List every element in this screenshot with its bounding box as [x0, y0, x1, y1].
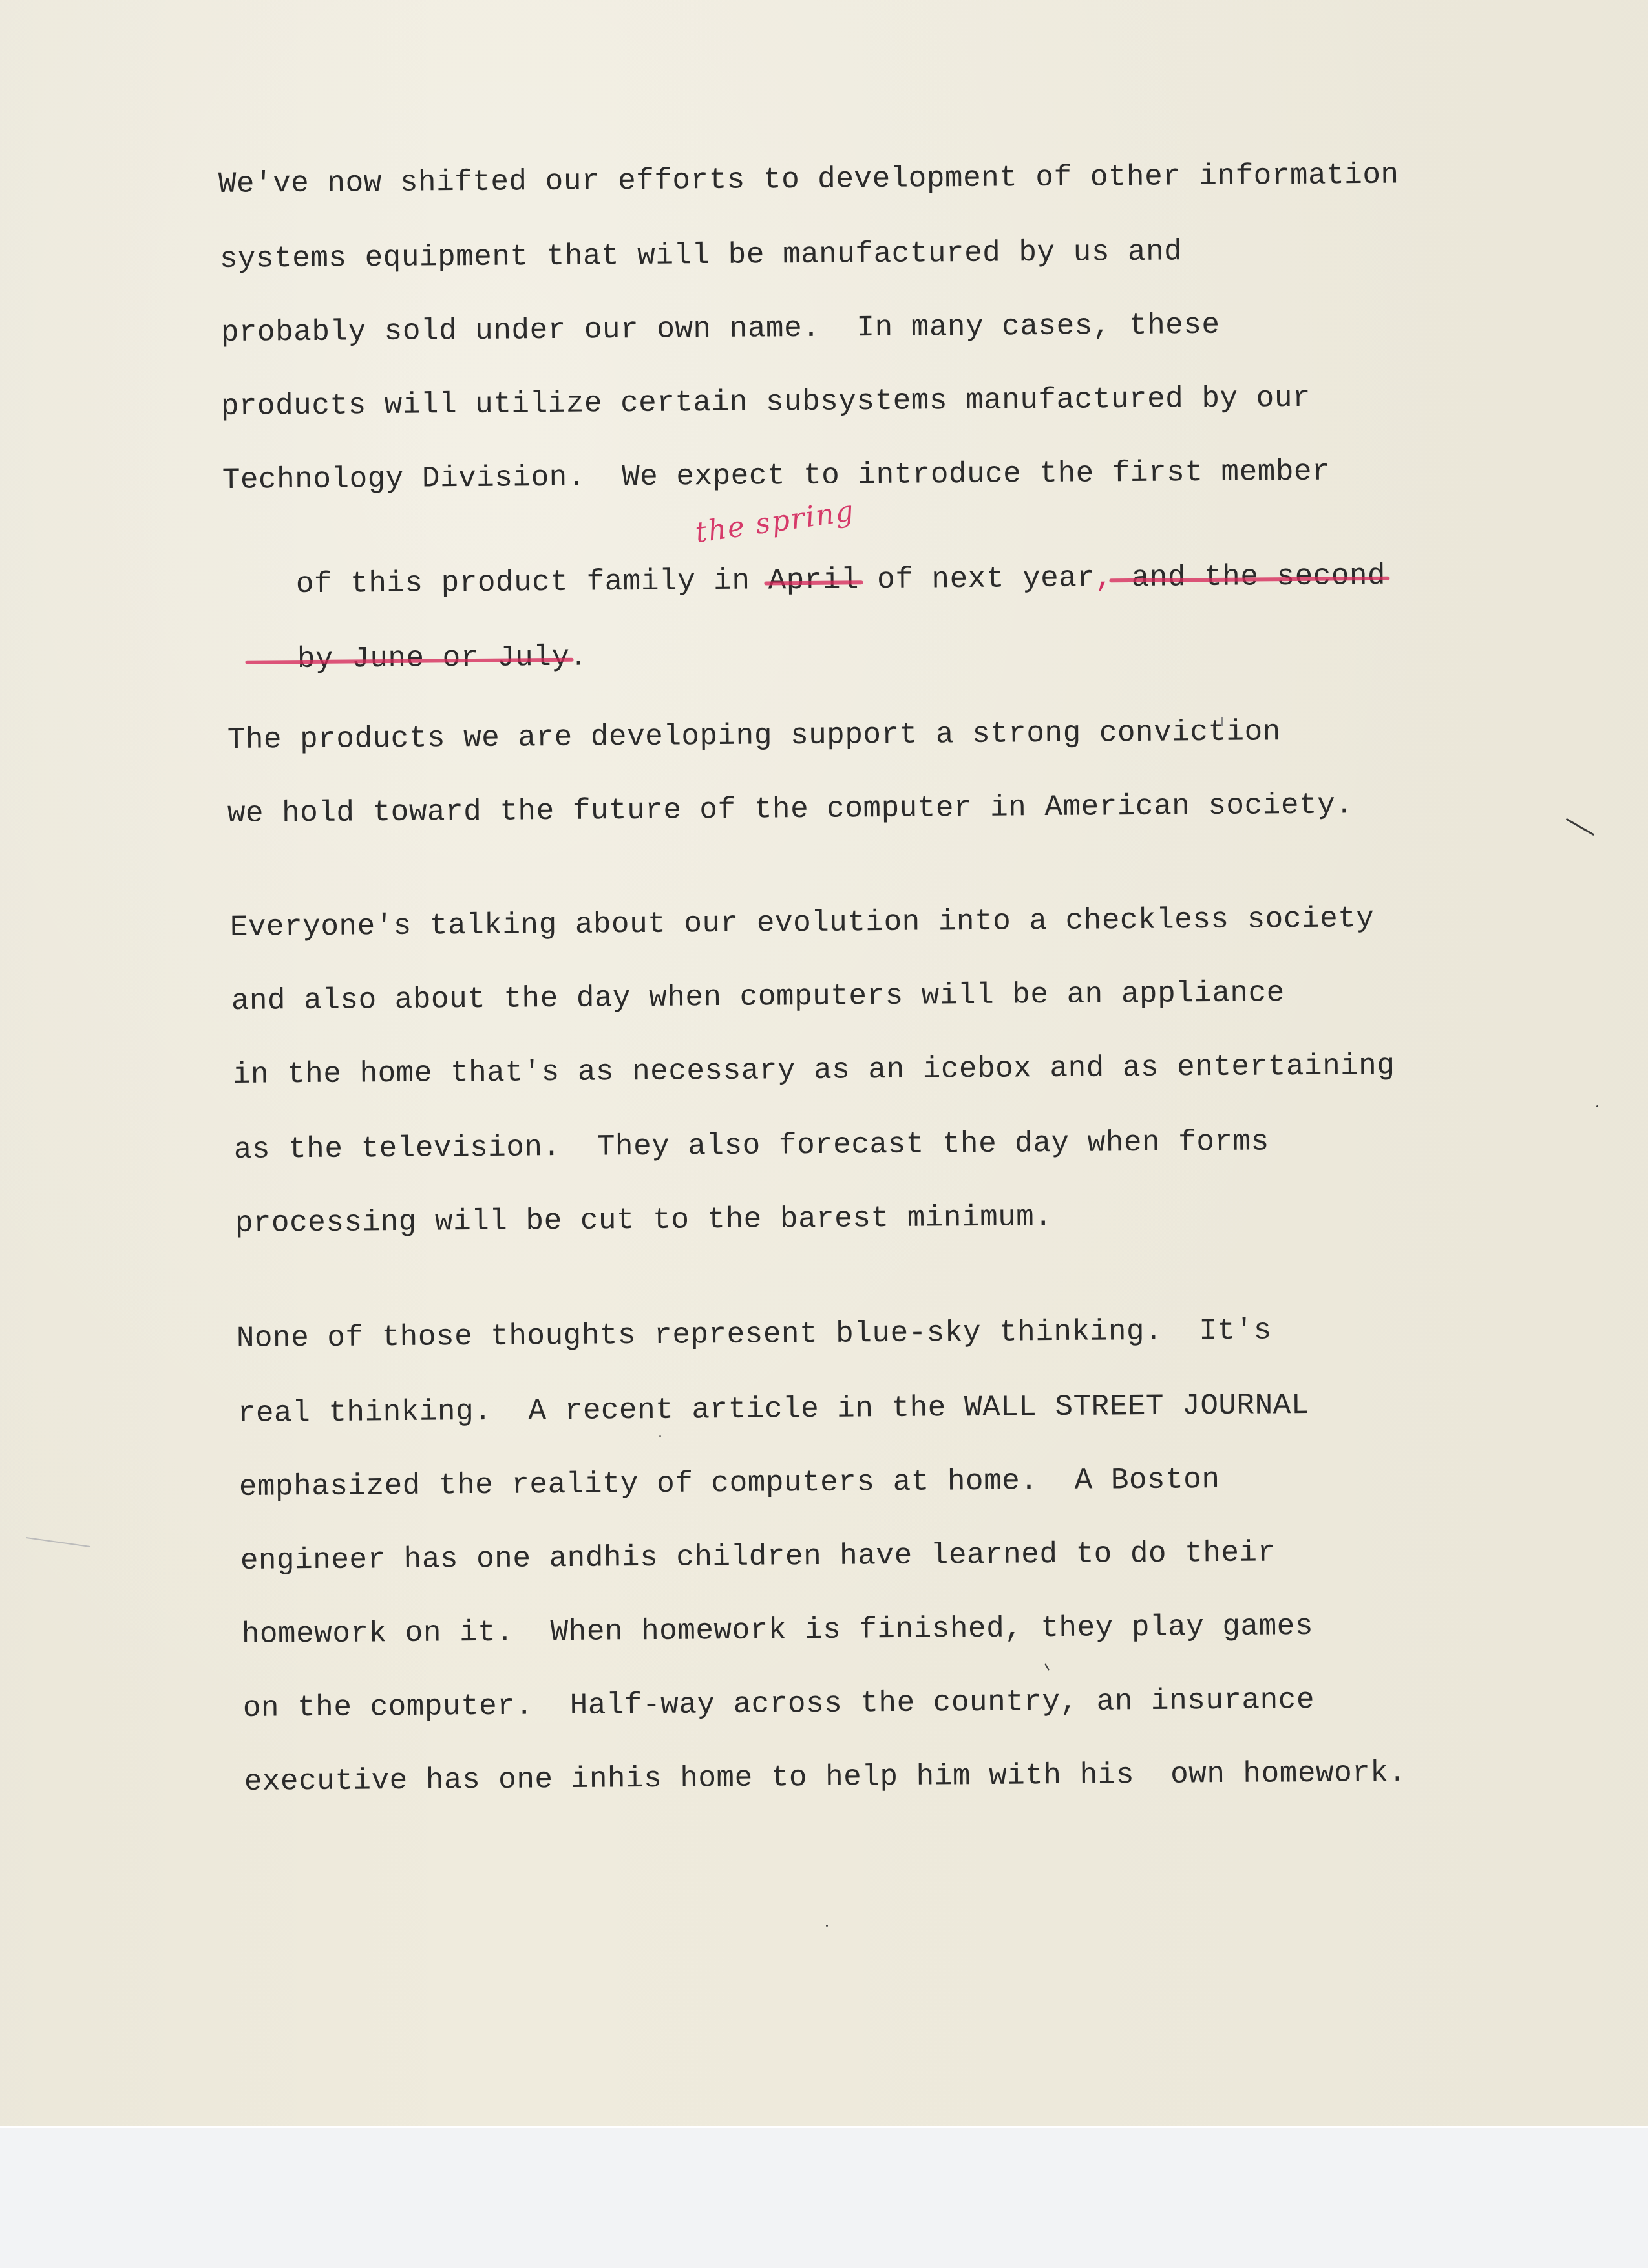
text-segment: of next year [859, 561, 1095, 597]
scan-mark [1566, 818, 1595, 836]
text-line: executive has one inhis home to help him… [244, 1758, 1407, 1797]
text-line: we hold toward the future of the compute… [227, 790, 1354, 829]
edited-text-line: by June or July. [224, 613, 588, 705]
text-line: products will utilize certain subsystems… [221, 383, 1311, 421]
text-line: Everyone's talking about our evolution i… [230, 904, 1375, 942]
text-line: None of those thoughts represent blue-sk… [237, 1315, 1272, 1353]
text-line: engineer has one andhis children have le… [240, 1538, 1276, 1576]
scan-mark [826, 1925, 828, 1927]
scan-mark [1596, 1105, 1598, 1107]
text-line: and also about the day when computers wi… [231, 978, 1285, 1016]
text-line: probably sold under our own name. In man… [221, 310, 1220, 348]
scan-mark [26, 1537, 90, 1547]
struck-phrase-by-june-or-july: by June or July [297, 641, 570, 676]
struck-word-april: April [768, 563, 859, 597]
scan-mark [1221, 717, 1223, 726]
text-line: emphasized the reality of computers at h… [239, 1465, 1220, 1502]
text-line: in the home that's as necessary as an ic… [233, 1051, 1395, 1090]
text-line: Technology Division. We expect to introd… [222, 457, 1331, 495]
struck-phrase-and-the-second: and the second [1113, 559, 1386, 595]
text-line: real thinking. A recent article in the W… [238, 1390, 1309, 1428]
text-segment: . [569, 641, 588, 674]
text-line: We've now shifted our efforts to develop… [218, 160, 1399, 199]
text-line: systems equipment that will be manufactu… [220, 237, 1183, 274]
text-line: on the computer. Half-way across the cou… [243, 1685, 1315, 1723]
text-line: as the television. They also forecast th… [234, 1127, 1269, 1165]
text-line: homework on it. When homework is finishe… [242, 1611, 1313, 1649]
scan-mark [1044, 1663, 1050, 1670]
document-page: We've now shifted our efforts to develop… [0, 0, 1648, 2126]
text-segment: of this product family in [296, 564, 768, 601]
scanner-background [0, 2126, 1648, 2268]
text-line: The products we are developing support a… [227, 717, 1281, 755]
scan-mark [659, 1435, 661, 1437]
text-line: processing will be cut to the barest min… [235, 1202, 1053, 1238]
